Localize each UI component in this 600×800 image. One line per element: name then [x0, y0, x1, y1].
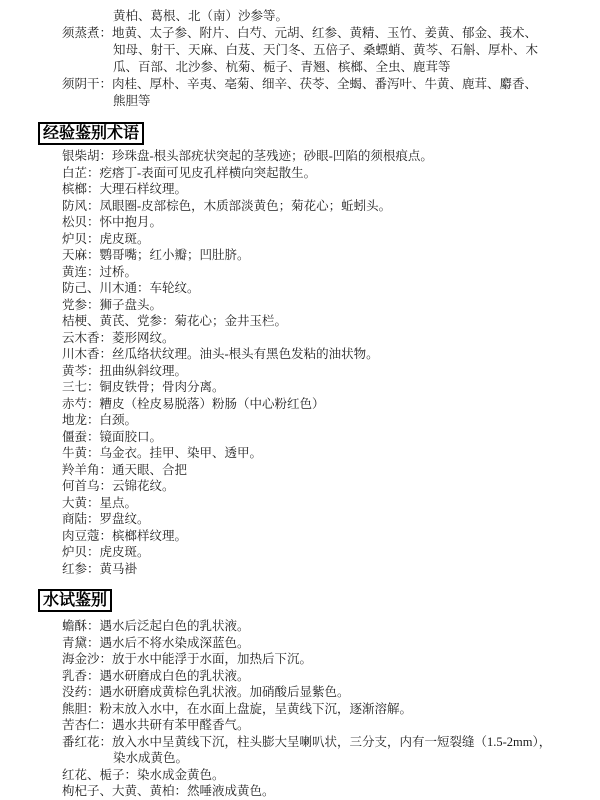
term-entry-text: 虎皮斑。: [100, 232, 150, 246]
term-entry: 云木香：菱形网纹。: [62, 330, 582, 347]
term-entry-text: 白颈。: [100, 413, 138, 427]
term-entry-label: 防己、川木通：: [62, 281, 150, 295]
intro-line: 黄柏、葛根、北（南）沙参等。: [62, 8, 542, 25]
term-entry-text: 糟皮（栓皮易脱落）粉肠（中心粉红色）: [100, 397, 325, 411]
water-test-entry-label: 苦杏仁：: [62, 718, 112, 732]
water-test-entry-text: 放入水中呈黄线下沉，柱头膨大呈喇叭状，三分支，内有一短裂缝（1.5-2mm），: [112, 735, 551, 749]
term-entry-label: 天麻：: [62, 248, 100, 262]
term-entry-text: 铜皮铁骨；骨肉分离。: [100, 380, 225, 394]
water-test-entry: 青黛：遇水后不将水染成深蓝色。: [62, 635, 582, 652]
term-entry: 商陆：罗盘纹。: [62, 511, 582, 528]
term-entry-label: 云木香：: [62, 331, 112, 345]
water-test-entry: 没药：遇水研磨成黄棕色乳状液。加硝酸后显紫色。: [62, 684, 582, 701]
term-entry: 赤芍：糟皮（栓皮易脱落）粉肠（中心粉红色）: [62, 396, 582, 413]
water-test-entry: 枸杞子、大黄、黄柏：然唾液成黄色。: [62, 783, 582, 800]
term-entry-text: 怀中抱月。: [100, 215, 163, 229]
water-test-entry-label: 乳香：: [62, 669, 100, 683]
term-entry: 羚羊角：通天眼、合把: [62, 462, 582, 479]
water-test-entry: 乳香：遇水研磨成白色的乳状液。: [62, 668, 582, 685]
term-entry: 炉贝：虎皮斑。: [62, 544, 582, 561]
term-entry-label: 何首乌：: [62, 479, 112, 493]
term-entry-text: 通天眼、合把: [112, 463, 187, 477]
term-entry: 银柴胡：珍珠盘-根头部疣状突起的茎残迹；砂眼-凹陷的须根痕点。: [62, 148, 582, 165]
term-entry-text: 车轮纹。: [150, 281, 200, 295]
term-entry-text: 黄马褂: [100, 562, 138, 576]
term-entry-text: 珍珠盘-根头部疣状突起的茎残迹；砂眼-凹陷的须根痕点。: [112, 149, 433, 163]
section-title-water-test: 水试鉴别: [38, 589, 112, 612]
water-test-entry-text: 染水成黄色。: [113, 751, 188, 765]
section-title-experience: 经验鉴别术语: [38, 122, 144, 145]
term-entry-text: 乌金衣。挂甲、染甲、透甲。: [100, 446, 263, 460]
intro-line-text: 黄柏、葛根、北（南）沙参等。: [113, 9, 288, 23]
term-entry-label: 僵蚕：: [62, 430, 100, 444]
water-test-entry: 蟾酥：遇水后泛起白色的乳状液。: [62, 618, 582, 635]
term-entry: 三七：铜皮铁骨；骨肉分离。: [62, 379, 582, 396]
water-test-entry-label: 蟾酥：: [62, 619, 100, 633]
term-entry-text: 凤眼圈-皮部棕色，木质部淡黄色；菊花心；蚯蚓头。: [100, 199, 392, 213]
term-entry-label: 银柴胡：: [62, 149, 112, 163]
term-entry-label: 赤芍：: [62, 397, 100, 411]
term-entry-text: 虎皮斑。: [100, 545, 150, 559]
intro-line: 须蒸煮：地黄、太子参、附片、白芍、元胡、红参、黄精、玉竹、姜黄、郁金、莪术、知母…: [62, 25, 542, 76]
water-test-entry-label: 枸杞子、大黄、黄柏：: [62, 784, 187, 798]
term-entry: 松贝：怀中抱月。: [62, 214, 582, 231]
term-entry: 肉豆蔻：槟榔样纹理。: [62, 528, 582, 545]
water-test-entry-label: 青黛：: [62, 636, 100, 650]
term-entry: 牛黄：乌金衣。挂甲、染甲、透甲。: [62, 445, 582, 462]
term-entry: 炉贝：虎皮斑。: [62, 231, 582, 248]
term-entry-label: 商陆：: [62, 512, 100, 526]
term-entry-label: 炉贝：: [62, 232, 100, 246]
term-entry-label: 党参：: [62, 298, 100, 312]
term-entry-label: 羚羊角：: [62, 463, 112, 477]
term-entry-text: 菊花心；金井玉栏。: [175, 314, 288, 328]
intro-line-text: 地黄、太子参、附片、白芍、元胡、红参、黄精、玉竹、姜黄、郁金、莪术、知母、射干、…: [112, 26, 538, 74]
term-entry-text: 过桥。: [100, 265, 138, 279]
intro-line-text: 肉桂、厚朴、辛夷、亳菊、细辛、茯苓、全蝎、番泻叶、牛黄、鹿茸、麝香、熊胆等: [112, 77, 537, 108]
water-test-entry-text: 粉末放入水中，在水面上盘旋，呈黄线下沉，逐渐溶解。: [100, 702, 413, 716]
term-entry-label: 黄连：: [62, 265, 100, 279]
term-entry-text: 鹦哥嘴；红小瓣；凹肚脐。: [100, 248, 250, 262]
term-entry-text: 星点。: [100, 496, 138, 510]
term-entry: 地龙：白颈。: [62, 412, 582, 429]
water-test-entry-text: 遇水后泛起白色的乳状液。: [100, 619, 250, 633]
term-entry: 防己、川木通：车轮纹。: [62, 280, 582, 297]
water-test-entry-label: 红花、栀子：: [62, 768, 137, 782]
term-entry-text: 云锦花纹。: [112, 479, 175, 493]
water-test-entry: 红花、栀子：染水成金黄色。: [62, 767, 582, 784]
water-test-entry-text: 放于水中能浮于水面，加热后下沉。: [112, 652, 312, 666]
intro-line-label: 须阴干：: [62, 77, 112, 91]
term-entry-label: 松贝：: [62, 215, 100, 229]
term-entry: 槟榔：大理石样纹理。: [62, 181, 582, 198]
term-entry-text: 狮子盘头。: [100, 298, 163, 312]
water-test-entry-text: 然唾液成黄色。: [187, 784, 275, 798]
water-test-entry: 海金沙：放于水中能浮于水面，加热后下沉。: [62, 651, 582, 668]
term-entry-text: 槟榔样纹理。: [112, 529, 187, 543]
water-test-entry-text: 遇水共研有苯甲醛香气。: [112, 718, 250, 732]
term-entry: 白芷：疙瘩丁-表面可见皮孔样横向突起散生。: [62, 165, 582, 182]
term-entry-label: 肉豆蔻：: [62, 529, 112, 543]
water-test-entry: 苦杏仁：遇水共研有苯甲醛香气。: [62, 717, 582, 734]
term-entry-label: 桔梗、黄芪、党参：: [62, 314, 175, 328]
intro-line-label: 须蒸煮：: [62, 26, 112, 40]
water-test-entry-text: 遇水研磨成黄棕色乳状液。加硝酸后显紫色。: [100, 685, 350, 699]
term-entry-text: 罗盘纹。: [100, 512, 150, 526]
water-test-entry-text: 染水成金黄色。: [137, 768, 225, 782]
intro-section: 黄柏、葛根、北（南）沙参等。 须蒸煮：地黄、太子参、附片、白芍、元胡、红参、黄精…: [38, 8, 600, 110]
term-entry-label: 黄芩：: [62, 364, 100, 378]
term-entry-text: 大理石样纹理。: [100, 182, 188, 196]
water-test-entry-label: 番红花：: [62, 735, 112, 749]
term-entry-text: 菱形网纹。: [112, 331, 175, 345]
term-entry: 僵蚕：镜面胶口。: [62, 429, 582, 446]
term-entry-text: 扭曲纵斜纹理。: [100, 364, 188, 378]
water-test-entry: 番红花：放入水中呈黄线下沉，柱头膨大呈喇叭状，三分支，内有一短裂缝（1.5-2m…: [62, 734, 582, 751]
term-entry-text: 丝瓜络状纹理。油头-根头有黑色发粘的油状物。: [112, 347, 379, 361]
term-entry-label: 大黄：: [62, 496, 100, 510]
section-header-water-test: 水试鉴别: [38, 589, 600, 612]
term-entry-label: 白芷：: [62, 166, 100, 180]
term-entry: 何首乌：云锦花纹。: [62, 478, 582, 495]
term-entry: 红参：黄马褂: [62, 561, 582, 578]
term-entry: 天麻：鹦哥嘴；红小瓣；凹肚脐。: [62, 247, 582, 264]
term-entry-label: 防风：: [62, 199, 100, 213]
water-test-entry-text: 遇水研磨成白色的乳状液。: [100, 669, 250, 683]
term-entry: 防风：凤眼圈-皮部棕色，木质部淡黄色；菊花心；蚯蚓头。: [62, 198, 582, 215]
term-entry: 黄芩：扭曲纵斜纹理。: [62, 363, 582, 380]
intro-line: 须阴干：肉桂、厚朴、辛夷、亳菊、细辛、茯苓、全蝎、番泻叶、牛黄、鹿茸、麝香、熊胆…: [62, 76, 542, 110]
term-entry-label: 三七：: [62, 380, 100, 394]
water-test-entry: 熊胆：粉末放入水中，在水面上盘旋，呈黄线下沉，逐渐溶解。: [62, 701, 582, 718]
term-entry: 党参：狮子盘头。: [62, 297, 582, 314]
term-entry: 黄连：过桥。: [62, 264, 582, 281]
water-test-entry: 染水成黄色。: [62, 750, 582, 767]
term-entry: 桔梗、黄芪、党参：菊花心；金井玉栏。: [62, 313, 582, 330]
term-entry-label: 红参：: [62, 562, 100, 576]
term-entry: 大黄：星点。: [62, 495, 582, 512]
term-entry-label: 川木香：: [62, 347, 112, 361]
document-page: 黄柏、葛根、北（南）沙参等。 须蒸煮：地黄、太子参、附片、白芍、元胡、红参、黄精…: [0, 0, 600, 800]
water-test-entry-label: 没药：: [62, 685, 100, 699]
term-entry: 川木香：丝瓜络状纹理。油头-根头有黑色发粘的油状物。: [62, 346, 582, 363]
water-test-entry-label: 海金沙：: [62, 652, 112, 666]
water-test-entry-label: 熊胆：: [62, 702, 100, 716]
term-entry-label: 牛黄：: [62, 446, 100, 460]
term-entry-text: 镜面胶口。: [100, 430, 163, 444]
term-entry-label: 炉贝：: [62, 545, 100, 559]
term-entry-label: 槟榔：: [62, 182, 100, 196]
experience-terms-list: 银柴胡：珍珠盘-根头部疣状突起的茎残迹；砂眼-凹陷的须根痕点。 白芷：疙瘩丁-表…: [38, 148, 600, 577]
water-test-entry-text: 遇水后不将水染成深蓝色。: [100, 636, 250, 650]
term-entry-label: 地龙：: [62, 413, 100, 427]
section-header-experience: 经验鉴别术语: [38, 122, 600, 145]
term-entry-text: 疙瘩丁-表面可见皮孔样横向突起散生。: [100, 166, 317, 180]
water-test-list: 蟾酥：遇水后泛起白色的乳状液。 青黛：遇水后不将水染成深蓝色。 海金沙：放于水中…: [38, 618, 600, 800]
